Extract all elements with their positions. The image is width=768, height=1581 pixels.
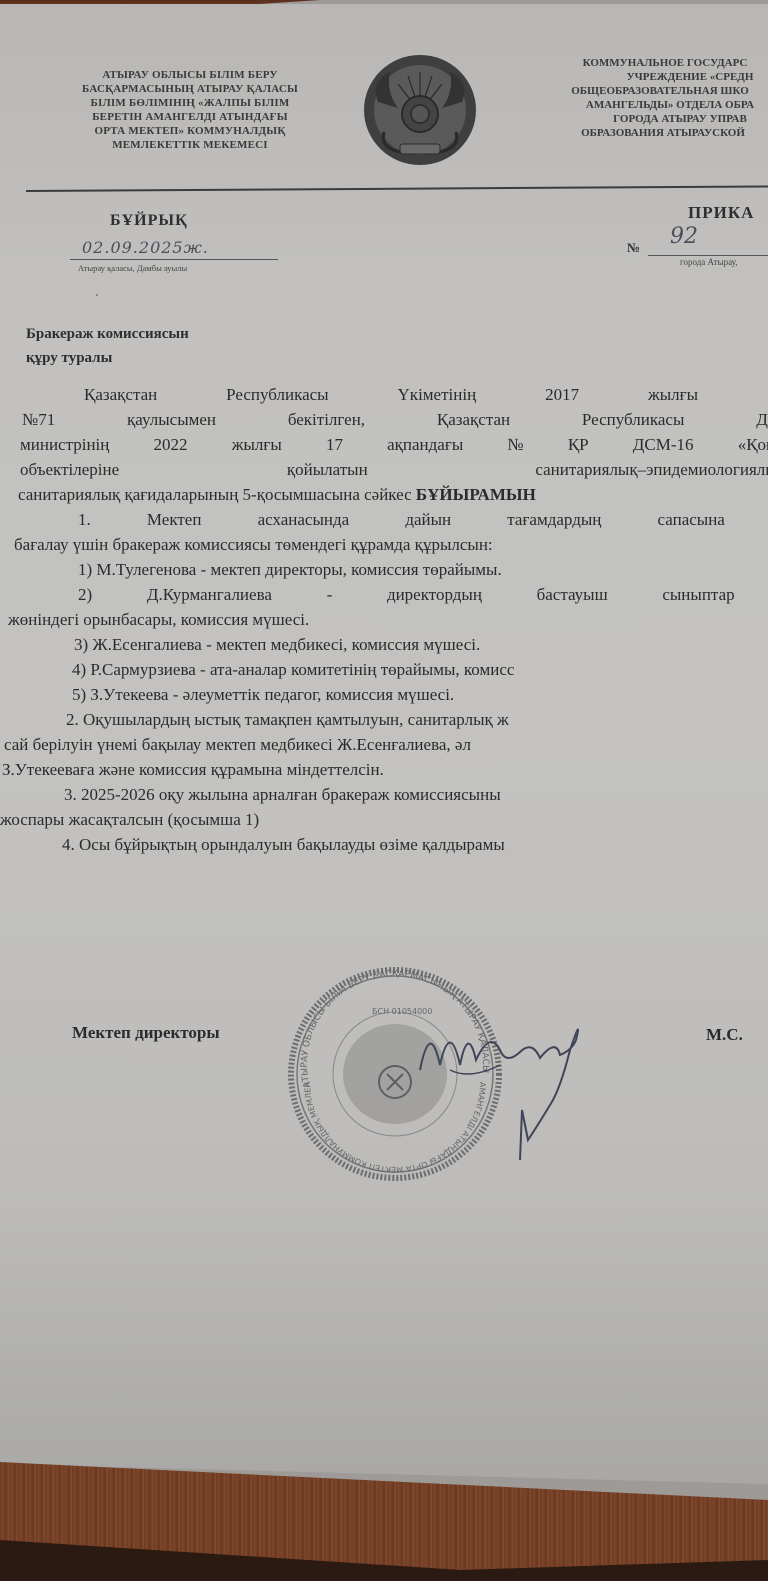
header-ru-institution: КОММУНАЛЬНОЕ ГОСУДАРС УЧРЕЖДЕНИЕ «СРЕДН …: [530, 56, 768, 140]
item-4: 4. Осы бұйрықтың орындалуын бақылауды өз…: [0, 832, 768, 857]
date-underline: [70, 259, 278, 260]
item-1-line-2: бағалау үшін бракераж комиссиясы төменде…: [0, 532, 768, 557]
item-3-line-2: жоспары жасақталсын (қосымша 1): [0, 807, 768, 832]
order-title-kz: БҰЙРЫҚ: [110, 212, 188, 230]
preamble-line-1: Қазақстан Республикасы Үкіметінің 2017 ж…: [0, 382, 768, 407]
order-date: 02.09.2025ж.: [82, 238, 209, 257]
paper-speck: [96, 294, 98, 296]
signatory-title: Мектеп директоры: [72, 1023, 220, 1043]
preamble-line-5: санитариялық қағидаларының 5-қосымшасына…: [0, 482, 768, 507]
item-2-line-3: З.Утекееваға және комиссия құрамына мінд…: [0, 757, 768, 782]
number-underline: [648, 255, 768, 256]
city-ru: города Атырау,: [680, 257, 737, 267]
header-kz-institution: АТЫРАУ ОБЛЫСЫ БІЛІМ БЕРУ БАСҚАРМАСЫНЫҢ А…: [60, 68, 320, 152]
city-kz: Атырау қаласы, Дамбы ауылы: [78, 263, 187, 273]
item-2-line-1: 2. Оқушылардың ыстық тамақпен қамтылуын,…: [0, 707, 768, 732]
member-5: 5) З.Утекеева - әлеуметтік педагог, коми…: [0, 682, 768, 707]
handwritten-signature-icon: [410, 1010, 610, 1160]
order-number: 92: [670, 224, 698, 249]
preamble-line-3: министрінің 2022 жылғы 17 ақпандағы № ҚР…: [0, 432, 768, 457]
item-3-line-1: 3. 2025-2026 оқу жылына арналған бракера…: [0, 782, 768, 807]
member-4: 4) Р.Сармурзиева - ата-аналар комитетіні…: [0, 657, 768, 682]
item-1-line-1: 1. Мектеп асханасында дайын тағамдардың …: [0, 507, 768, 532]
order-title-ru: ПРИКА: [688, 203, 754, 223]
item-2-line-2: сай берілуін үнемі бақылау мектеп медбик…: [0, 732, 768, 757]
decree-word: БҰЙЫРАМЫН: [416, 485, 536, 504]
member-3: 3) Ж.Есенгалиева - мектеп медбикесі, ком…: [0, 632, 768, 657]
member-1: 1) М.Тулегенова - мектеп директоры, коми…: [0, 557, 768, 582]
preamble-line-2: №71 қаулысымен бекітілген, Қазақстан Рес…: [0, 407, 768, 432]
preamble-line-4: объектілеріне қойылатын санитариялық–эпи…: [0, 457, 768, 482]
order-subject: Бракераж комиссиясын құру туралы: [26, 322, 189, 370]
signatory-name: М.С.: [706, 1025, 743, 1045]
state-emblem-icon: [360, 52, 480, 170]
member-2-line-1: 2) Д.Курмангалиева - директордың бастауы…: [0, 582, 768, 607]
order-number-label: №: [627, 240, 640, 256]
member-2-line-2: жөніндегі орынбасары, комиссия мүшесі.: [0, 607, 768, 632]
order-body: Қазақстан Республикасы Үкіметінің 2017 ж…: [0, 378, 768, 857]
